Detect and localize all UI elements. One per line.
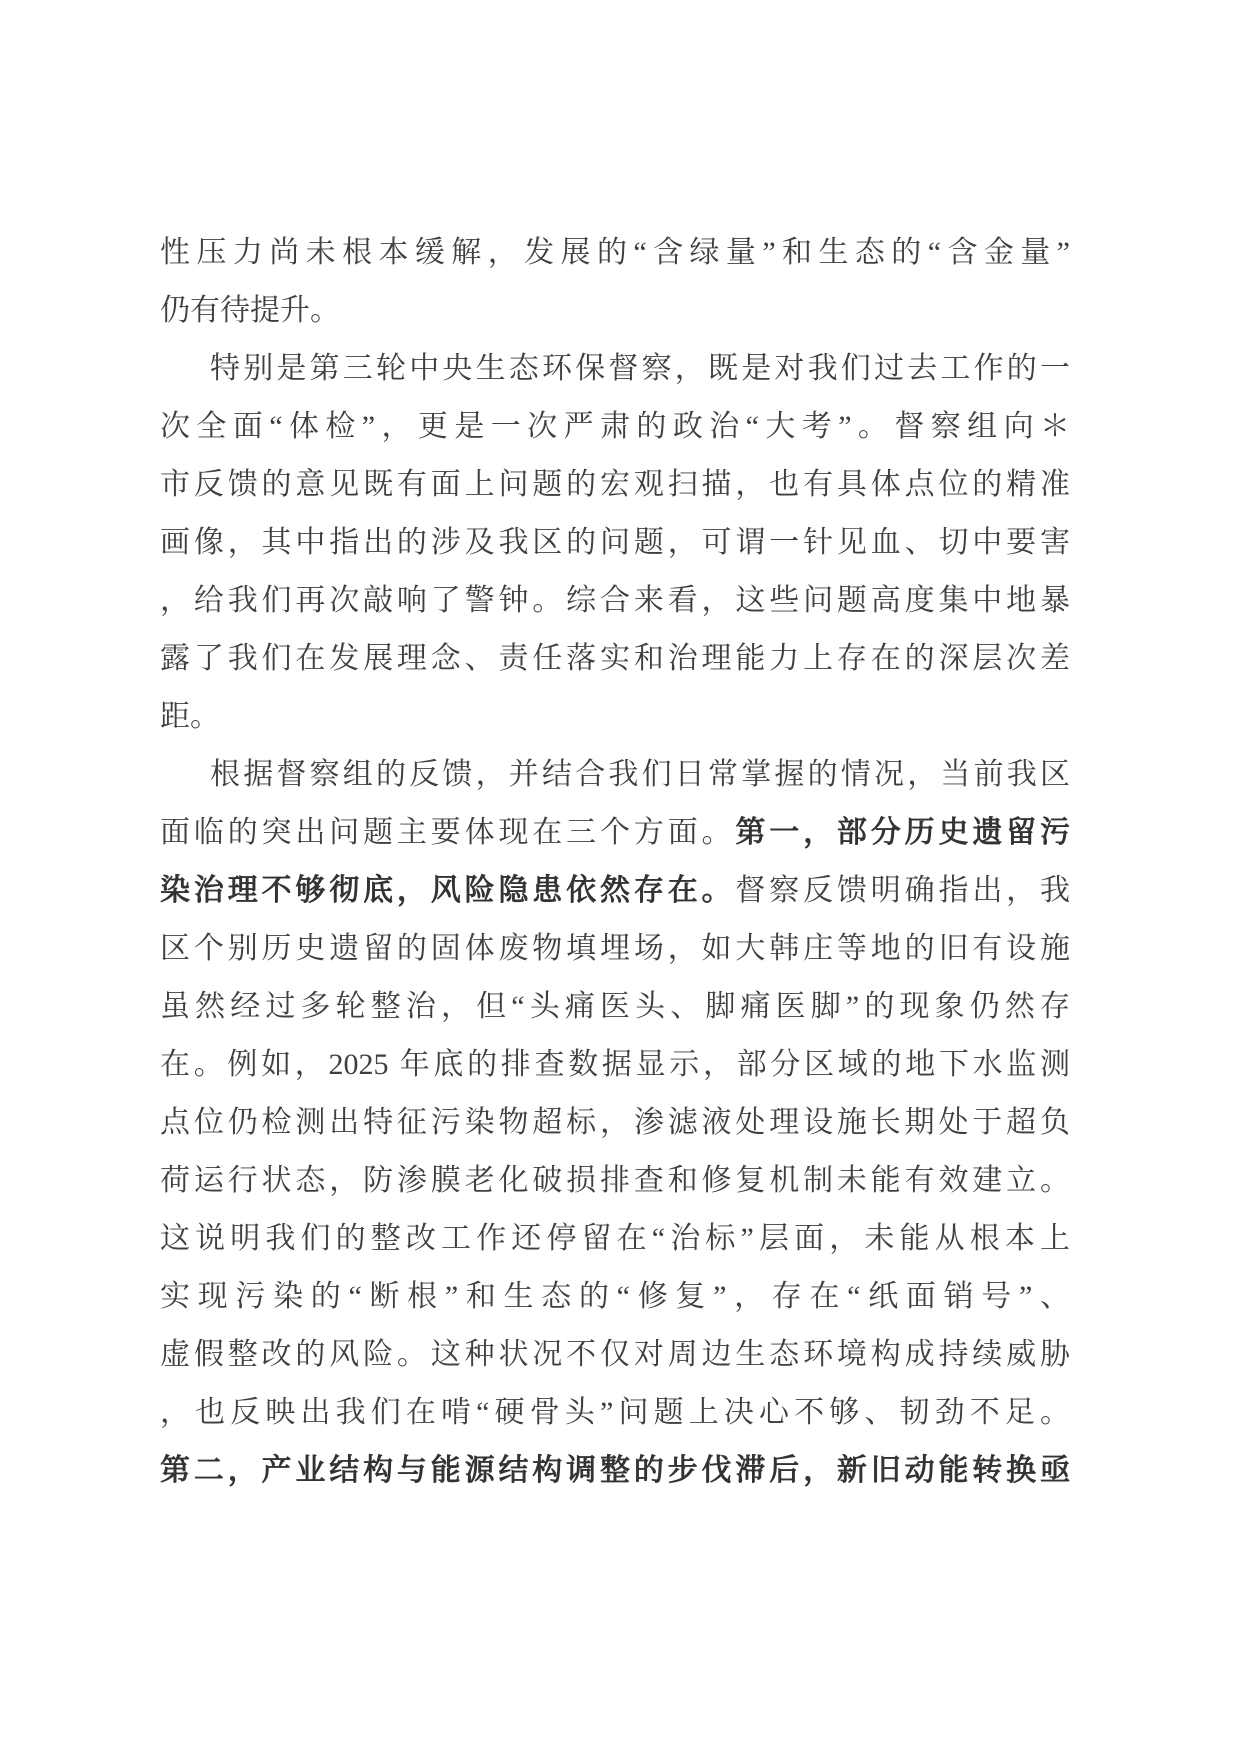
text-segment: 性压力尚未根本缓解，发展的“含绿量”和生态的“含金量” xyxy=(160,236,1070,269)
text-segment: 虽然经过多轮整治，但“头痛医头、脚痛医脚”的现象仍然存 xyxy=(160,990,1070,1023)
text-segment: 市反馈的意见既有面上问题的宏观扫描，也有具体点位的精准 xyxy=(160,468,1070,501)
text-segment: 在。例如，2025 年底的排查数据显示，部分区域的地下水监测 xyxy=(160,1048,1070,1081)
text-segment-bold: 染治理不够彻底，风险隐患依然存在。 xyxy=(160,874,735,907)
text-segment: 距。 xyxy=(160,700,220,733)
text-segment: 露了我们在发展理念、责任落实和治理能力上存在的深层次差 xyxy=(160,642,1070,675)
text-segment-bold: 第一，部分历史遗留污 xyxy=(735,816,1070,849)
text-segment: ，也反映出我们在啃“硬骨头”问题上决心不够、韧劲不足。 xyxy=(160,1396,1070,1429)
text-line-7: ，给我们再次敲响了警钟。综合来看，这些问题高度集中地暴 xyxy=(160,572,1070,630)
text-segment: 仍有待提升。 xyxy=(160,294,340,327)
document-body: 性压力尚未根本缓解，发展的“含绿量”和生态的“含金量”仍有待提升。特别是第三轮中… xyxy=(160,224,1070,1500)
text-line-22: 第二，产业结构与能源结构调整的步伐滞后，新旧动能转换亟 xyxy=(160,1442,1070,1500)
text-segment: 这说明我们的整改工作还停留在“治标”层面，未能从根本上 xyxy=(160,1222,1070,1255)
text-segment: 虚假整改的风险。这种状况不仅对周边生态环境构成持续威胁 xyxy=(160,1338,1070,1371)
text-line-2: 仍有待提升。 xyxy=(160,282,1070,340)
text-line-19: 实现污染的“断根”和生态的“修复”，存在“纸面销号”、 xyxy=(160,1268,1070,1326)
text-line-3: 特别是第三轮中央生态环保督察，既是对我们过去工作的一 xyxy=(160,340,1070,398)
text-line-10: 根据督察组的反馈，并结合我们日常掌握的情况，当前我区 xyxy=(160,746,1070,804)
text-line-6: 画像，其中指出的涉及我区的问题，可谓一针见血、切中要害 xyxy=(160,514,1070,572)
text-line-15: 在。例如，2025 年底的排查数据显示，部分区域的地下水监测 xyxy=(160,1036,1070,1094)
text-line-18: 这说明我们的整改工作还停留在“治标”层面，未能从根本上 xyxy=(160,1210,1070,1268)
text-segment: 荷运行状态，防渗膜老化破损排查和修复机制未能有效建立。 xyxy=(160,1164,1070,1197)
text-segment-bold: 第二，产业结构与能源结构调整的步伐滞后，新旧动能转换亟 xyxy=(160,1454,1070,1487)
text-line-8: 露了我们在发展理念、责任落实和治理能力上存在的深层次差 xyxy=(160,630,1070,688)
text-segment: ，给我们再次敲响了警钟。综合来看，这些问题高度集中地暴 xyxy=(160,584,1070,617)
text-line-17: 荷运行状态，防渗膜老化破损排查和修复机制未能有效建立。 xyxy=(160,1152,1070,1210)
text-segment: 实现污染的“断根”和生态的“修复”，存在“纸面销号”、 xyxy=(160,1280,1070,1313)
text-line-14: 虽然经过多轮整治，但“头痛医头、脚痛医脚”的现象仍然存 xyxy=(160,978,1070,1036)
text-segment: 根据督察组的反馈，并结合我们日常掌握的情况，当前我区 xyxy=(210,758,1070,791)
text-line-21: ，也反映出我们在啃“硬骨头”问题上决心不够、韧劲不足。 xyxy=(160,1384,1070,1442)
text-segment: 督察反馈明确指出，我 xyxy=(735,874,1070,907)
document-page: 性压力尚未根本缓解，发展的“含绿量”和生态的“含金量”仍有待提升。特别是第三轮中… xyxy=(0,0,1240,1753)
text-line-11: 面临的突出问题主要体现在三个方面。第一，部分历史遗留污 xyxy=(160,804,1070,862)
text-line-5: 市反馈的意见既有面上问题的宏观扫描，也有具体点位的精准 xyxy=(160,456,1070,514)
text-line-4: 次全面“体检”，更是一次严肃的政治“大考”。督察组向＊ xyxy=(160,398,1070,456)
text-segment: 点位仍检测出特征污染物超标，渗滤液处理设施长期处于超负 xyxy=(160,1106,1070,1139)
text-line-16: 点位仍检测出特征污染物超标，渗滤液处理设施长期处于超负 xyxy=(160,1094,1070,1152)
text-segment: 特别是第三轮中央生态环保督察，既是对我们过去工作的一 xyxy=(210,352,1070,385)
text-line-9: 距。 xyxy=(160,688,1070,746)
text-line-20: 虚假整改的风险。这种状况不仅对周边生态环境构成持续威胁 xyxy=(160,1326,1070,1384)
text-line-13: 区个别历史遗留的固体废物填埋场，如大韩庄等地的旧有设施 xyxy=(160,920,1070,978)
text-segment: 画像，其中指出的涉及我区的问题，可谓一针见血、切中要害 xyxy=(160,526,1070,559)
text-line-1: 性压力尚未根本缓解，发展的“含绿量”和生态的“含金量” xyxy=(160,224,1070,282)
text-segment: 区个别历史遗留的固体废物填埋场，如大韩庄等地的旧有设施 xyxy=(160,932,1070,965)
text-line-12: 染治理不够彻底，风险隐患依然存在。督察反馈明确指出，我 xyxy=(160,862,1070,920)
text-segment: 次全面“体检”，更是一次严肃的政治“大考”。督察组向＊ xyxy=(160,410,1070,443)
text-segment: 面临的突出问题主要体现在三个方面。 xyxy=(160,816,735,849)
